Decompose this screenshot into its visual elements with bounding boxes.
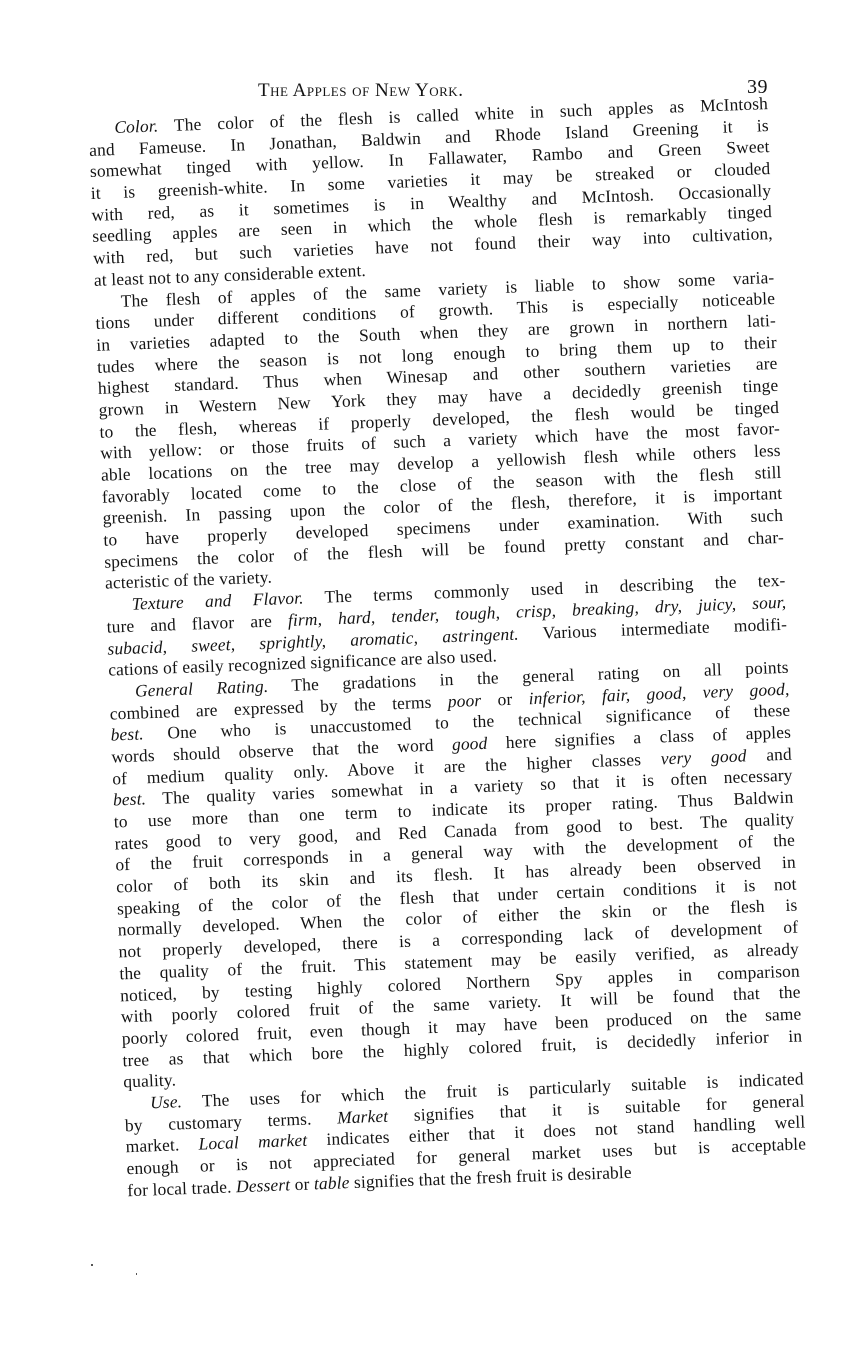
italic-term: very good <box>660 745 746 768</box>
italic-term: best. <box>110 724 144 745</box>
section-heading: Color. <box>114 115 159 137</box>
running-title: The Apples of New York. <box>258 80 463 102</box>
line-text: for local trade. <box>127 1176 236 1200</box>
book-page: The Apples of New York. 39 Color. The co… <box>0 0 850 1351</box>
italic-term: Market <box>337 1105 389 1127</box>
italic-term: Local market <box>198 1130 307 1154</box>
italic-term: table <box>314 1172 350 1193</box>
section-heading: Use. <box>150 1091 183 1112</box>
line-text: and <box>746 743 792 765</box>
line-text: or <box>481 688 529 710</box>
line-text: market. <box>125 1134 199 1157</box>
italic-term: good <box>452 733 488 754</box>
line-text: or <box>290 1173 315 1194</box>
italic-term: poor <box>447 690 481 711</box>
italic-term: Dessert <box>236 1174 291 1196</box>
section-heading: General Rating. <box>135 676 269 701</box>
body-text: Color. The color of the flesh is called … <box>88 93 807 1202</box>
scan-speck <box>91 1264 93 1266</box>
scan-speck <box>136 1273 137 1275</box>
line-text: quality. <box>123 1070 176 1092</box>
italic-term: best. <box>113 789 147 810</box>
